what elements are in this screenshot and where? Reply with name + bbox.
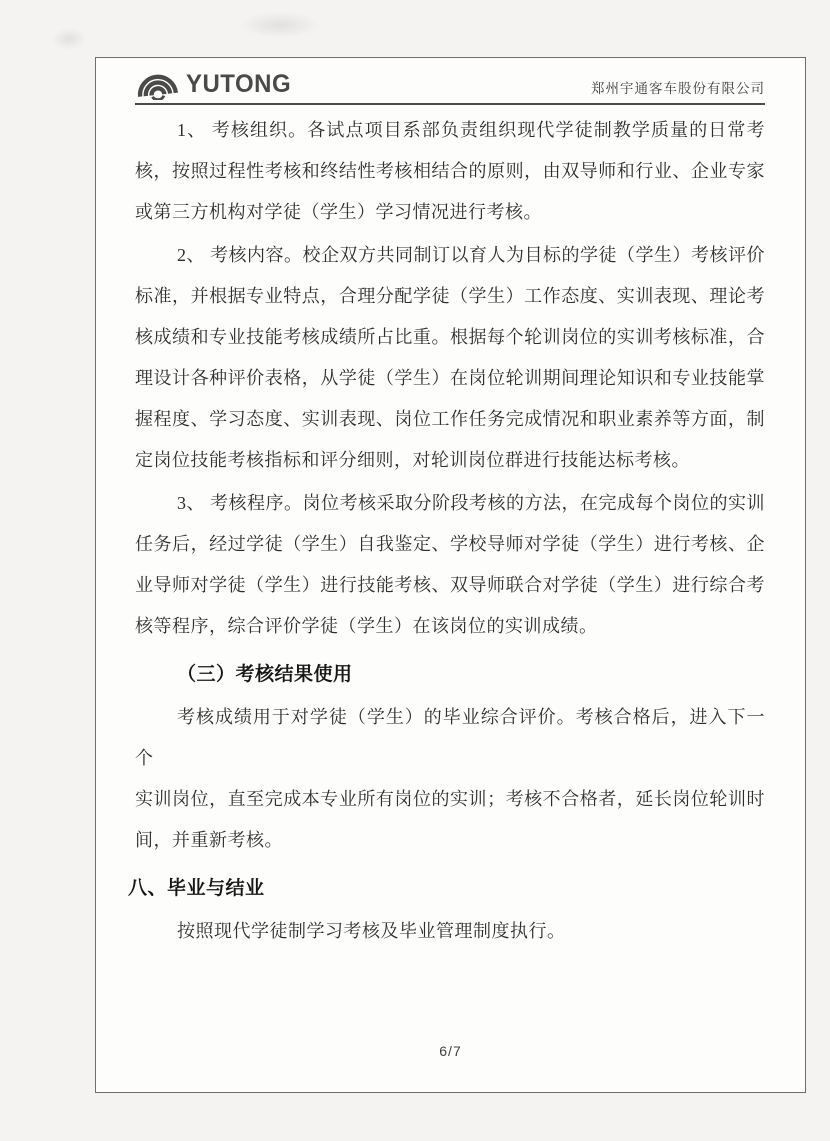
yutong-arcs-icon: [135, 68, 181, 100]
scan-smudge: [240, 12, 320, 38]
text-line: 握程度、学习态度、实训表现、岗位工作任务完成情况和职业素养等方面，制: [135, 399, 765, 440]
paragraph: 2、 考核内容。校企双方共同制订以育人为目标的学徒（学生）考核评价标准，并根据专…: [135, 235, 765, 481]
text-line: 或第三方机构对学徒（学生）学习情况进行考核。: [135, 192, 765, 233]
text-line: 定岗位技能考核指标和评分细则，对轮训岗位群进行技能达标考核。: [135, 440, 765, 481]
page-number: 6/7: [439, 1043, 461, 1059]
text-line: 1、 考核组织。各试点项目系部负责组织现代学徒制教学质量的日常考: [135, 110, 765, 151]
document-body: 1、 考核组织。各试点项目系部负责组织现代学徒制教学质量的日常考核，按照过程性考…: [135, 110, 765, 952]
yutong-logo: YUTONG: [135, 68, 296, 100]
text-line: 核，按照过程性考核和终结性考核相结合的原则，由双导师和行业、企业专家: [135, 151, 765, 192]
logo-wordmark: YUTONG: [186, 72, 291, 97]
section-heading: 八、毕业与结业: [128, 868, 765, 909]
scan-smudge: [52, 28, 86, 50]
text-line: 标准，并根据专业特点，合理分配学徒（学生）工作态度、实训表现、理论考: [135, 276, 765, 317]
text-line: 理设计各种评价表格，从学徒（学生）在岗位轮训期间理论知识和专业技能掌: [135, 358, 765, 399]
paragraph: 按照现代学徒制学习考核及毕业管理制度执行。: [135, 911, 765, 952]
text-line: 任务后，经过学徒（学生）自我鉴定、学校导师对学徒（学生）进行考核、企: [135, 524, 765, 565]
text-line: 间，并重新考核。: [135, 820, 765, 861]
text-line: 核成绩和专业技能考核成绩所占比重。根据每个轮训岗位的实训考核标准，合: [135, 317, 765, 358]
text-line: 考核成绩用于对学徒（学生）的毕业综合评价。考核合格后，进入下一个: [135, 697, 765, 779]
page-content: YUTONG 郑州宇通客车股份有限公司 1、 考核组织。各试点项目系部负责组织现…: [135, 58, 765, 952]
paragraph: 1、 考核组织。各试点项目系部负责组织现代学徒制教学质量的日常考核，按照过程性考…: [135, 110, 765, 233]
document-page: YUTONG 郑州宇通客车股份有限公司 1、 考核组织。各试点项目系部负责组织现…: [95, 57, 806, 1093]
text-line: 2、 考核内容。校企双方共同制订以育人为目标的学徒（学生）考核评价: [135, 235, 765, 276]
scan-background: { "page": { "background_color": "#f5f3f1…: [0, 0, 830, 1141]
text-line: 业导师对学徒（学生）进行技能考核、双导师联合对学徒（学生）进行综合考: [135, 565, 765, 606]
text-line: 按照现代学徒制学习考核及毕业管理制度执行。: [135, 911, 765, 952]
text-line: 实训岗位，直至完成本专业所有岗位的实训；考核不合格者，延长岗位轮训时: [135, 779, 765, 820]
text-line: 核等程序，综合评价学徒（学生）在该岗位的实训成绩。: [135, 606, 765, 647]
text-line: （三）考核结果使用: [135, 654, 765, 695]
page-footer: 6/7: [96, 1043, 805, 1061]
page-header: YUTONG 郑州宇通客车股份有限公司: [135, 68, 765, 105]
text-line: 八、毕业与结业: [128, 868, 765, 909]
paragraph: 3、 考核程序。岗位考核采取分阶段考核的方法，在完成每个岗位的实训任务后，经过学…: [135, 483, 765, 647]
company-name: 郑州宇通客车股份有限公司: [591, 77, 765, 100]
paragraph: 考核成绩用于对学徒（学生）的毕业综合评价。考核合格后，进入下一个实训岗位，直至完…: [135, 697, 765, 861]
text-line: 3、 考核程序。岗位考核采取分阶段考核的方法，在完成每个岗位的实训: [135, 483, 765, 524]
section-heading: （三）考核结果使用: [135, 654, 765, 695]
